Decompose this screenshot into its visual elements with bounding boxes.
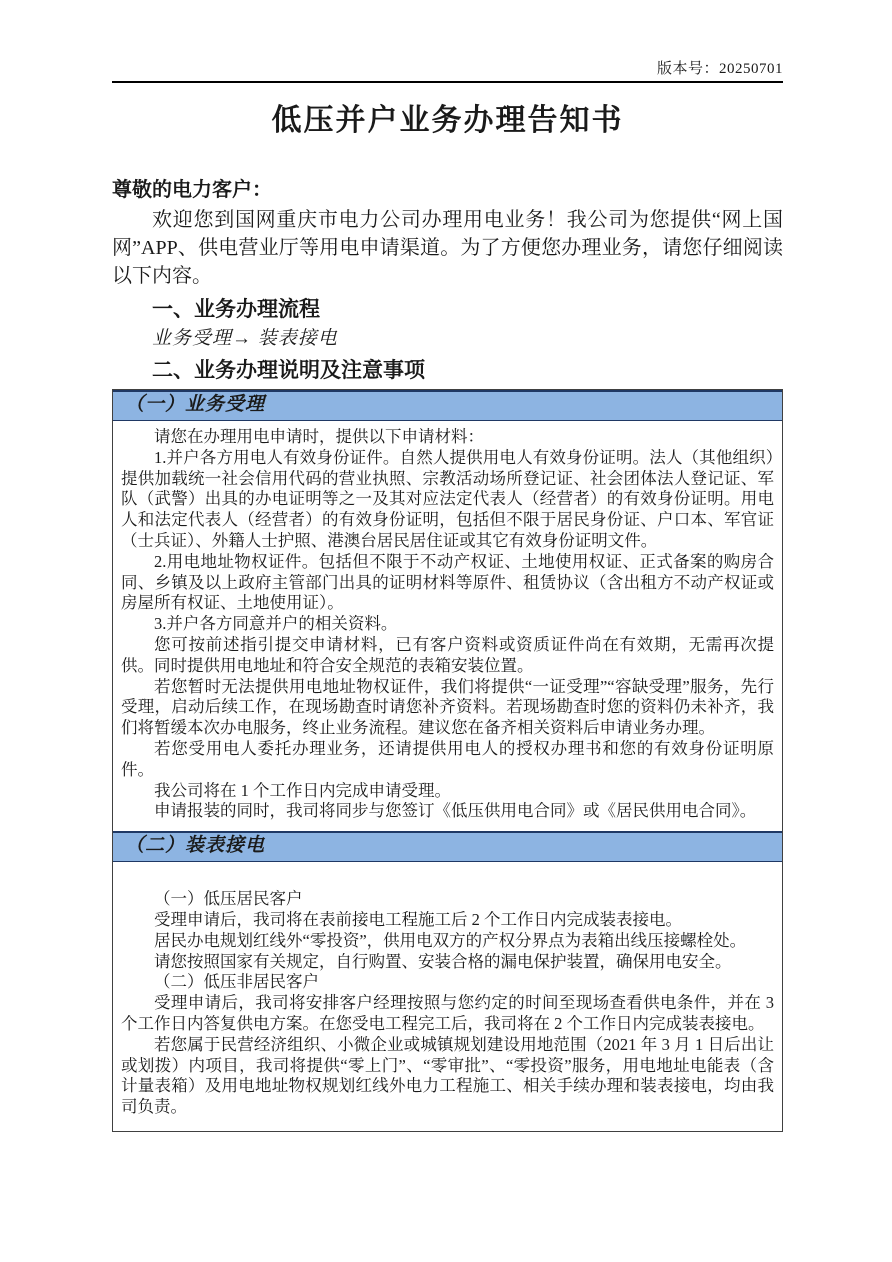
paragraph: 请您在办理用电申请时，提供以下申请材料：: [121, 427, 774, 448]
paragraph: （二）低压非居民客户: [121, 972, 774, 993]
version-label: 版本号：20250701: [112, 0, 783, 78]
paragraph: 受理申请后，我司将安排客户经理按照与您约定的时间至现场查看供电条件，并在 3 个…: [121, 993, 774, 1035]
paragraph: 1.并户各方用电人有效身份证件。自然人提供用电人有效身份证明。法人（其他组织）提…: [121, 448, 774, 552]
paragraph: 居民办电规划红线外“零投资”，供用电双方的产权分界点为表箱出线压接螺栓处。: [121, 931, 774, 952]
table-section-body-acceptance: 请您在办理用电申请时，提供以下申请材料：1.并户各方用电人有效身份证件。自然人提…: [113, 421, 782, 831]
intro-paragraph: 欢迎您到国网重庆市电力公司办理用电业务！我公司为您提供“网上国网”APP、供电营…: [112, 206, 783, 290]
table-section-header-meter-installation: （二）装表接电: [113, 831, 782, 862]
header-rule: [112, 81, 783, 83]
document-content: 版本号：20250701 低压并户业务办理告知书 尊敬的电力客户： 欢迎您到国网…: [112, 0, 783, 1132]
paragraph: 若您暂时无法提供用电地址物权证件，我们将提供“一证受理”“容缺受理”服务，先行受…: [121, 677, 774, 739]
paragraph: 我公司将在 1 个工作日内完成申请受理。: [121, 781, 774, 802]
paragraph: 3.并户各方同意并户的相关资料。: [121, 614, 774, 635]
document-page: 版本号：20250701 低压并户业务办理告知书 尊敬的电力客户： 欢迎您到国网…: [0, 0, 892, 1262]
paragraph: 请您按照国家有关规定，自行购置、安装合格的漏电保护装置，确保用电安全。: [121, 952, 774, 973]
paragraph: 若您受用电人委托办理业务，还请提供用电人的授权办理书和您的有效身份证明原件。: [121, 739, 774, 781]
paragraph: 申请报装的同时，我司将同步与您签订《低压供用电合同》或《居民供用电合同》。: [121, 801, 774, 822]
greeting-line: 尊敬的电力客户：: [112, 177, 783, 203]
page-title: 低压并户业务办理告知书: [112, 103, 783, 139]
paragraph: 受理申请后，我司将在表前接电工程施工后 2 个工作日内完成装表接电。: [121, 910, 774, 931]
section-heading-notes: 二、业务办理说明及注意事项: [152, 358, 783, 384]
table-section-header-acceptance: （一）业务受理: [113, 390, 782, 421]
paragraph: （一）低压居民客户: [121, 889, 774, 910]
paragraph: 若您属于民营经济组织、小微企业或城镇规划建设用地范围（2021 年 3 月 1 …: [121, 1035, 774, 1118]
section-heading-process: 一、业务办理流程: [152, 297, 783, 323]
notice-table: （一）业务受理 请您在办理用电申请时，提供以下申请材料：1.并户各方用电人有效身…: [112, 389, 783, 1132]
paragraph: 2.用电地址物权证件。包括但不限于不动产权证、土地使用权证、正式备案的购房合同、…: [121, 552, 774, 614]
table-section-body-meter-installation: （一）低压居民客户受理申请后，我司将在表前接电工程施工后 2 个工作日内完成装表…: [113, 862, 782, 1131]
process-flow-line: 业务受理→ 装表接电: [152, 327, 783, 351]
paragraph: 您可按前述指引提交申请材料，已有客户资料或资质证件尚在有效期，无需再次提供。同时…: [121, 635, 774, 677]
